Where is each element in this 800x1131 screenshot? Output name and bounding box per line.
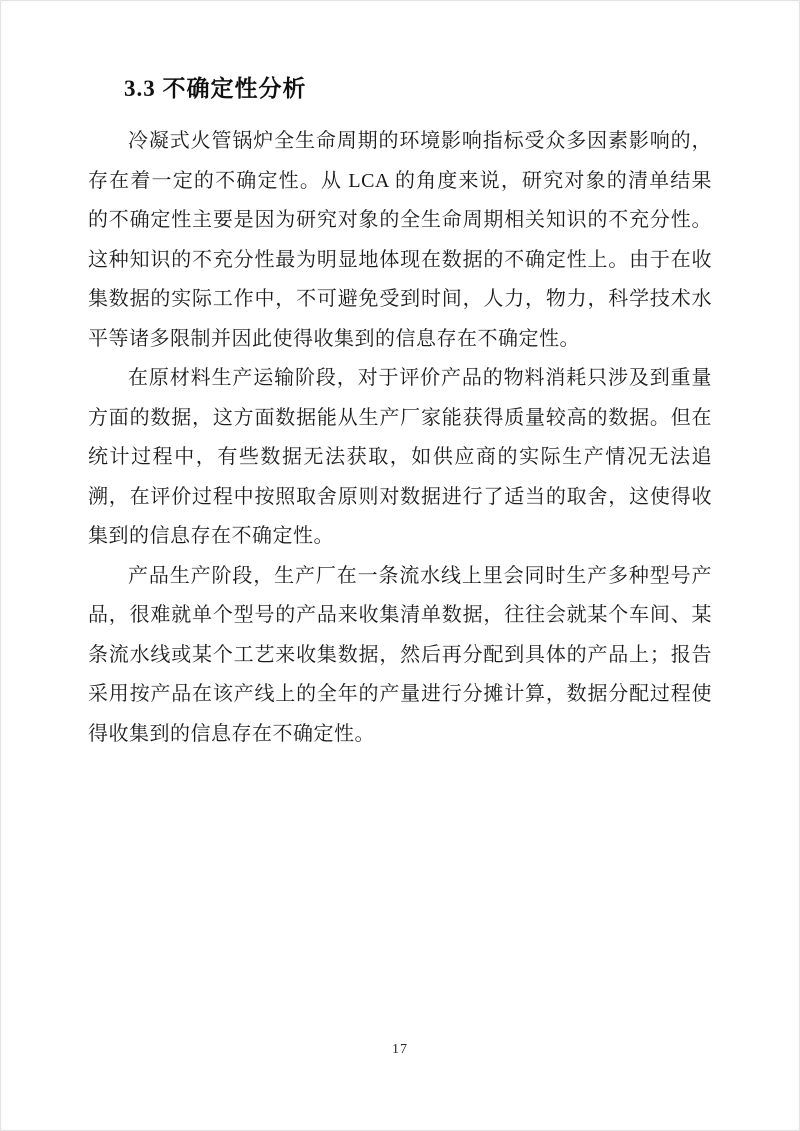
page-content: 3.3 不确定性分析 冷凝式火管锅炉全生命周期的环境影响指标受众多因素影响的，存…: [88, 0, 712, 754]
section-heading: 3.3 不确定性分析: [88, 74, 712, 104]
page-number: 17: [0, 1042, 800, 1058]
paragraph-raw-material-stage: 在原材料生产运输阶段，对于评价产品的物料消耗只涉及到重量方面的数据，这方面数据能…: [88, 359, 712, 557]
document-page: 3.3 不确定性分析 冷凝式火管锅炉全生命周期的环境影响指标受众多因素影响的，存…: [0, 0, 800, 1131]
paragraph-uncertainty-intro: 冷凝式火管锅炉全生命周期的环境影响指标受众多因素影响的，存在着一定的不确定性。从…: [88, 122, 712, 359]
paragraph-production-stage: 产品生产阶段，生产厂在一条流水线上里会同时生产多种型号产品，很难就单个型号的产品…: [88, 557, 712, 755]
